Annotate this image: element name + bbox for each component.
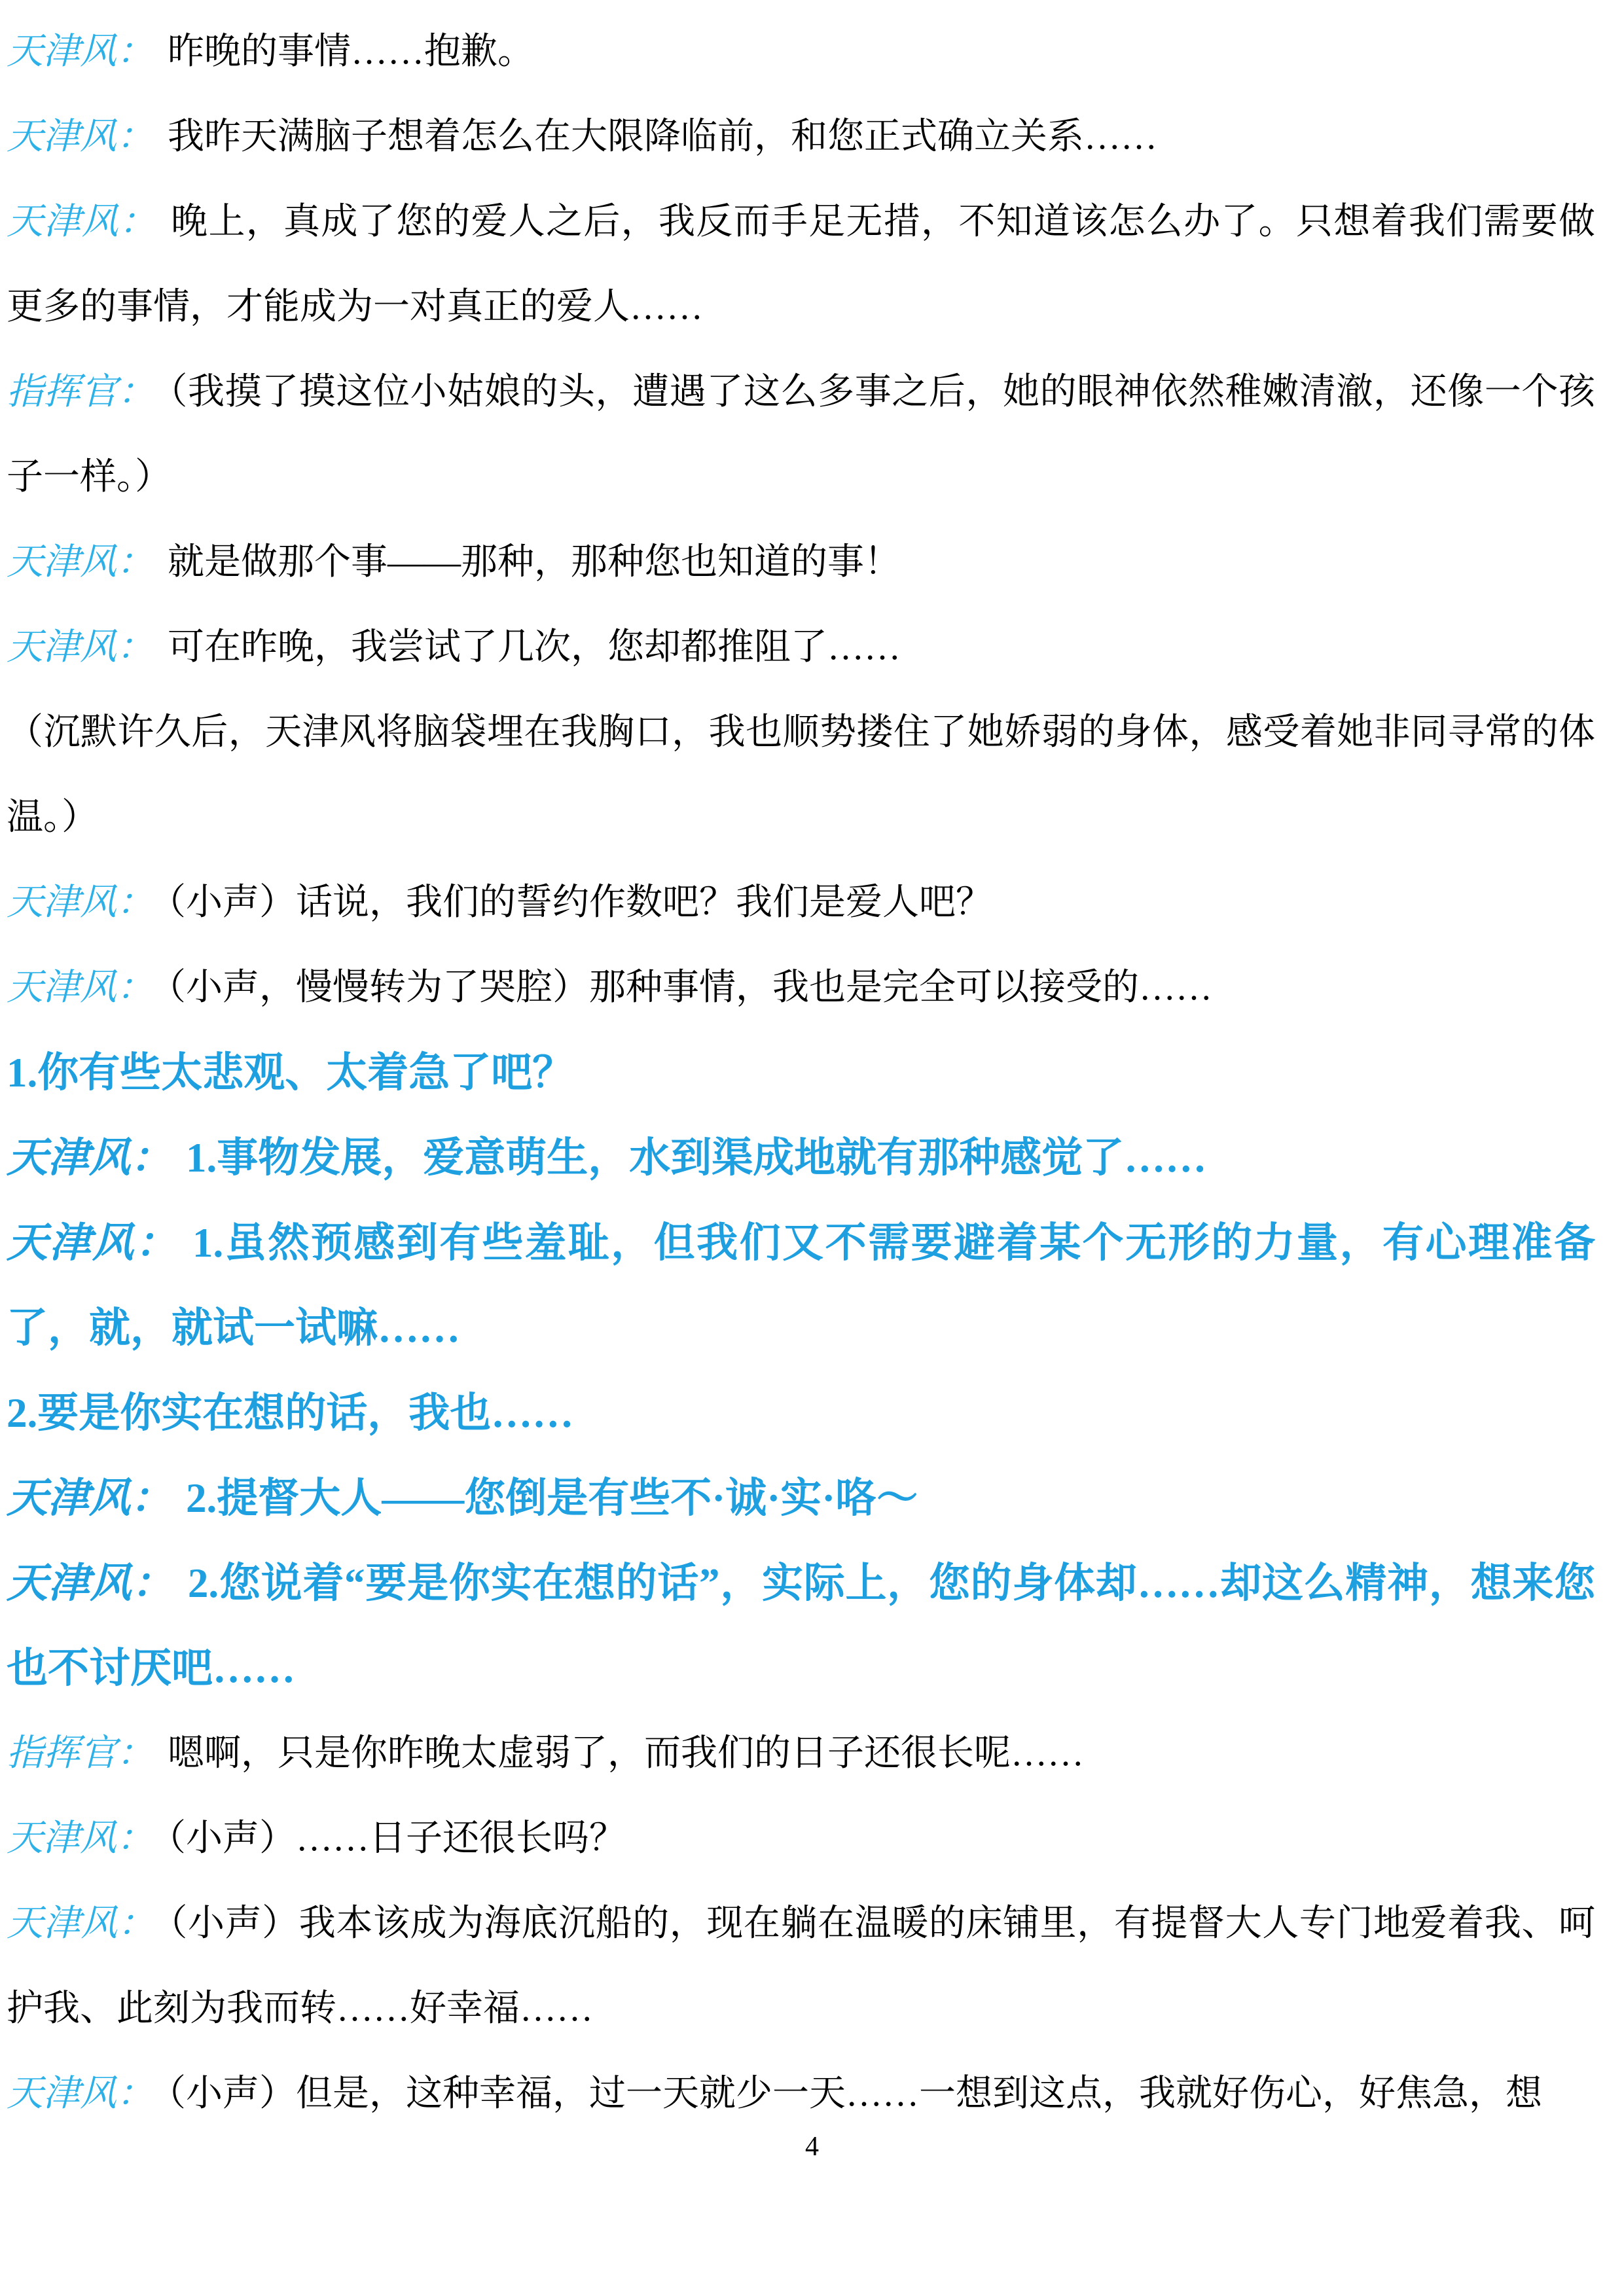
dialogue-line: 天津风：（小声）我本该成为海底沉船的，现在躺在温暖的床铺里，有提督大人专门地爱着… [7, 1881, 1595, 2051]
speaker-label: 天津风： [7, 627, 153, 668]
dialogue-text: 可在昨晚，我尝试了几次，您却都推阻了…… [168, 627, 901, 668]
choice-dialogue-line: 天津风：1.事物发展，爱意萌生，水到渠成地就有那种感觉了…… [7, 1115, 1595, 1200]
dialogue-text: （小声）……日子还很长吗？ [168, 1818, 626, 1859]
dialogue-line: 天津风：昨晚的事情……抱歉。 [7, 9, 1595, 94]
speaker-label: 指挥官： [7, 372, 154, 412]
dialogue-list: 天津风：昨晚的事情……抱歉。天津风：我昨天满脑子想着怎么在大限降临前，和您正式确… [7, 9, 1595, 2136]
dialogue-line: 天津风：我昨天满脑子想着怎么在大限降临前，和您正式确立关系…… [7, 94, 1595, 179]
dialogue-text: 2.要是你实在想的话，我也…… [7, 1390, 573, 1436]
choice-option-line: 2.要是你实在想的话，我也…… [7, 1371, 1595, 1456]
dialogue-text: （小声，慢慢转为了哭腔）那种事情，我也是完全可以接受的…… [168, 967, 1212, 1008]
choice-dialogue-line: 天津风：1.虽然预感到有些羞耻，但我们又不需要避着某个无形的力量，有心理准备了，… [7, 1200, 1595, 1371]
speaker-label: 天津风： [7, 2073, 153, 2114]
dialogue-text: 晚上，真成了您的爱人之后，我反而手足无措，不知道该怎么办了。只想着我们需要做更多… [7, 202, 1595, 327]
dialogue-text: （我摸了摸这位小姑娘的头，遭遇了这么多事之后，她的眼神依然稚嫩清澈，还像一个孩子… [7, 372, 1595, 497]
speaker-label: 天津风： [7, 1220, 178, 1266]
speaker-label: 指挥官： [7, 1733, 153, 1774]
dialogue-line: 指挥官：（我摸了摸这位小姑娘的头，遭遇了这么多事之后，她的眼神依然稚嫩清澈，还像… [7, 350, 1595, 520]
dialogue-line: 天津风：（小声）但是，这种幸福，过一天就少一天……一想到这点，我就好伤心，好焦急… [7, 2051, 1595, 2136]
speaker-label: 天津风： [7, 31, 153, 72]
dialogue-text: 1.事物发展，爱意萌生，水到渠成地就有那种感觉了…… [186, 1135, 1206, 1181]
dialogue-line: 天津风：就是做那个事——那种，那种您也知道的事！ [7, 520, 1595, 605]
choice-option-line: 1.你有些太悲观、太着急了吧？ [7, 1030, 1595, 1115]
choice-dialogue-line: 天津风：2.提督大人——您倒是有些不·诚·实·咯～ [7, 1456, 1595, 1541]
speaker-label: 天津风： [7, 967, 153, 1008]
dialogue-line: 天津风：可在昨晚，我尝试了几次，您却都推阻了…… [7, 605, 1595, 690]
speaker-label: 天津风： [7, 1475, 171, 1521]
dialogue-text: 1.你有些太悲观、太着急了吧？ [7, 1050, 573, 1096]
narration-line: （沉默许久后，天津风将脑袋埋在我胸口，我也顺势搂住了她娇弱的身体，感受着她非同寻… [7, 690, 1595, 860]
dialogue-text: 2.您说着“要是你实在想的话”，实际上，您的身体却……却这么精神，想来您也不讨厌… [7, 1560, 1595, 1691]
speaker-label: 天津风： [7, 1818, 153, 1859]
document-page: 天津风：昨晚的事情……抱歉。天津风：我昨天满脑子想着怎么在大限降临前，和您正式确… [0, 0, 1624, 2296]
dialogue-text: 1.虽然预感到有些羞耻，但我们又不需要避着某个无形的力量，有心理准备了，就，就试… [7, 1220, 1595, 1351]
dialogue-text: 我昨天满脑子想着怎么在大限降临前，和您正式确立关系…… [168, 117, 1157, 157]
dialogue-text: （小声）话说，我们的誓约作数吧？我们是爱人吧？ [168, 882, 992, 923]
dialogue-line: 天津风：（小声）话说，我们的誓约作数吧？我们是爱人吧？ [7, 860, 1595, 945]
dialogue-line: 天津风：晚上，真成了您的爱人之后，我反而手足无措，不知道该怎么办了。只想着我们需… [7, 179, 1595, 350]
dialogue-text: （小声）我本该成为海底沉船的，现在躺在温暖的床铺里，有提督大人专门地爱着我、呵护… [7, 1903, 1595, 2029]
dialogue-line: 天津风：（小声，慢慢转为了哭腔）那种事情，我也是完全可以接受的…… [7, 945, 1595, 1030]
speaker-label: 天津风： [7, 542, 153, 583]
speaker-label: 天津风： [7, 1903, 154, 1944]
dialogue-text: 嗯啊，只是你昨晚太虚弱了，而我们的日子还很长呢…… [168, 1733, 1084, 1774]
speaker-label: 天津风： [7, 1560, 173, 1606]
dialogue-text: 昨晚的事情……抱歉。 [168, 31, 534, 72]
choice-dialogue-line: 天津风：2.您说着“要是你实在想的话”，实际上，您的身体却……却这么精神，想来您… [7, 1541, 1595, 1711]
speaker-label: 天津风： [7, 202, 156, 242]
speaker-label: 天津风： [7, 117, 153, 157]
dialogue-text: （沉默许久后，天津风将脑袋埋在我胸口，我也顺势搂住了她娇弱的身体，感受着她非同寻… [7, 712, 1595, 838]
dialogue-line: 指挥官：嗯啊，只是你昨晚太虚弱了，而我们的日子还很长呢…… [7, 1711, 1595, 1796]
dialogue-text: 2.提督大人——您倒是有些不·诚·实·咯～ [186, 1475, 918, 1521]
page-number: 4 [0, 2131, 1624, 2162]
speaker-label: 天津风： [7, 882, 153, 923]
dialogue-line: 天津风：（小声）……日子还很长吗？ [7, 1796, 1595, 1881]
speaker-label: 天津风： [7, 1135, 171, 1181]
dialogue-text: （小声）但是，这种幸福，过一天就少一天……一想到这点，我就好伤心，好焦急，想 [168, 2073, 1542, 2114]
dialogue-text: 就是做那个事——那种，那种您也知道的事！ [168, 542, 901, 583]
